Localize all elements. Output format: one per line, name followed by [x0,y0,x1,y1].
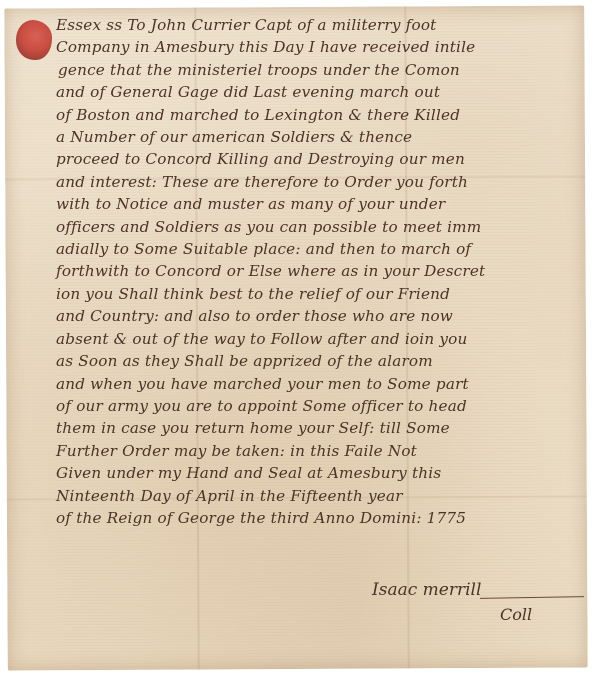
letter-line: Further Order may be taken: in this Fail… [56,440,576,462]
letter-line: of the Reign of George the third Anno Do… [56,507,576,529]
letter-line: and when you have marched your men to So… [56,373,576,395]
letter-line: Essex ss To John Currier Capt of a milit… [56,14,576,36]
letter-line: of Boston and marched to Lexington & the… [56,104,576,126]
letter-line: proceed to Concord Killing and Destroyin… [56,148,576,170]
letter-line: and of General Gage did Last evening mar… [56,81,576,103]
letter-line: gence that the ministeriel troops under … [56,59,576,81]
letter-line: forthwith to Concord or Else where as in… [56,260,576,282]
letter-line: of our army you are to appoint Some offi… [56,395,576,417]
letter-line: adially to Some Suitable place: and then… [56,238,576,260]
letter-line: Given under my Hand and Seal at Amesbury… [56,462,576,484]
letter-line: and interest: These are therefore to Ord… [56,171,576,193]
wax-seal-icon [16,20,52,60]
letter-line: Company in Amesbury this Day I have rece… [56,36,576,58]
signature-name: Isaac merrill [372,580,481,600]
letter-line: ion you Shall think best to the relief o… [56,283,576,305]
letter-line: with to Notice and muster as many of you… [56,193,576,215]
letter-line: them in case you return home your Self: … [56,417,576,439]
letter-line: a Number of our american Soldiers & then… [56,126,576,148]
letter-line: as Soon as they Shall be apprized of the… [56,350,576,372]
signature-title: Coll [500,605,532,624]
letter-line: and Country: and also to order those who… [56,305,576,327]
letter-body: Essex ss To John Currier Capt of a milit… [56,14,576,529]
letter-line: Ninteenth Day of April in the Fifteenth … [56,485,576,507]
letter-line: absent & out of the way to Follow after … [56,328,576,350]
letter-line: officers and Soldiers as you can possibl… [56,216,576,238]
